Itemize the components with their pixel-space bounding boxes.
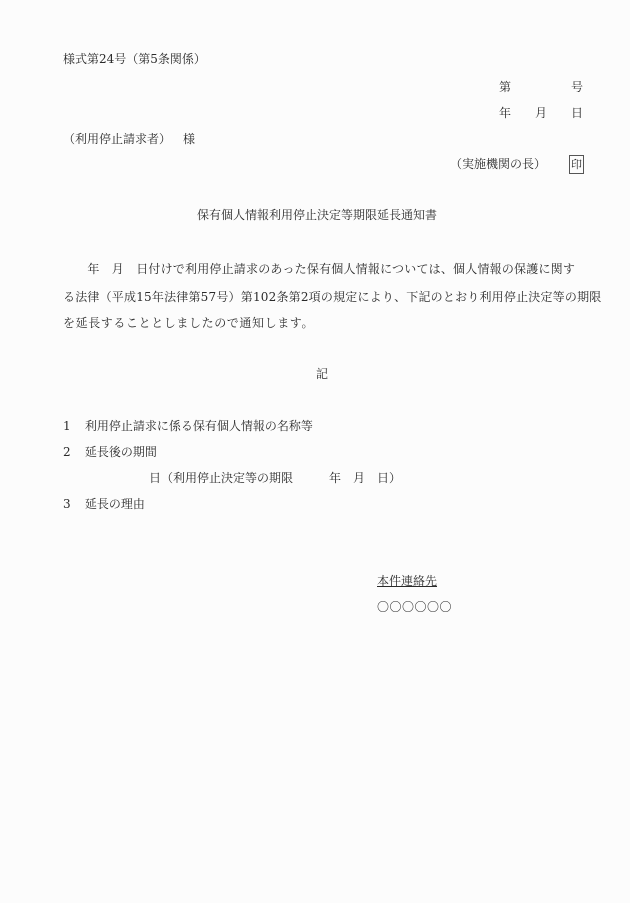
item-number: 3 [63, 498, 81, 510]
document-title: 保有個人情報利用停止決定等期限延長通知書 [0, 209, 630, 221]
list-item-3: 3 延長の理由 [63, 498, 145, 510]
list-item-1: 1 利用停止請求に係る保有個人情報の名称等 [63, 420, 313, 432]
contact-value: 〇〇〇〇〇〇 [377, 601, 452, 613]
body-text-line-2: る法律（平成15年法律第57号）第102条第2項の規定により、下記のとおり利用停… [63, 291, 601, 303]
reference-number-suffix: 号 [571, 81, 583, 93]
list-item-2: 2 延長後の期間 [63, 446, 157, 458]
date-year: 年 [499, 107, 511, 119]
issuer-label: （実施機関の長） [450, 158, 546, 170]
contact-label: 本件連絡先 [377, 575, 437, 587]
body-text-line-3: を延長することとしましたので通知します。 [63, 317, 314, 329]
item-label: 延長の理由 [85, 497, 145, 511]
item-label: 利用停止請求に係る保有個人情報の名称等 [85, 419, 313, 433]
reference-number-prefix: 第 [499, 81, 511, 93]
recipient-honorific: 様 [183, 133, 195, 145]
extension-period-detail: 日（利用停止決定等の期限 年 月 日） [149, 472, 401, 484]
item-label: 延長後の期間 [85, 445, 157, 459]
ki-heading: 記 [0, 368, 630, 380]
item-number: 2 [63, 446, 81, 458]
seal-icon: 印 [569, 155, 584, 174]
form-number: 様式第24号（第5条関係） [63, 53, 206, 65]
item-number: 1 [63, 420, 81, 432]
recipient-label: （利用停止請求者） [63, 133, 171, 145]
date-month: 月 [535, 107, 547, 119]
body-text-line-1: 年 月 日付けで利用停止請求のあった保有個人情報については、個人情報の保護に関す [63, 263, 575, 275]
date-day: 日 [571, 107, 583, 119]
